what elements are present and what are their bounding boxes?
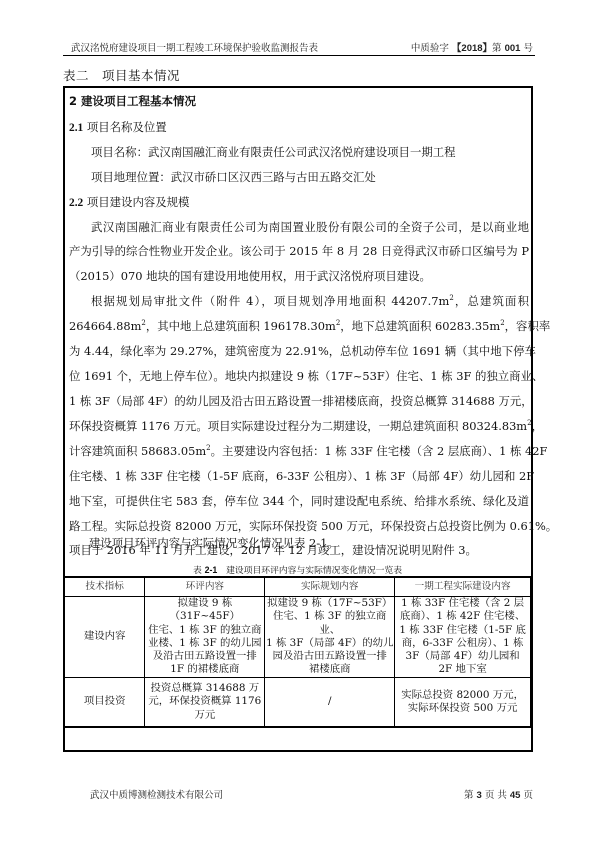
paragraph-line: 路工程。实际总投资 82000 万元，实际环保投资 500 万元，环保投资占总投…: [69, 519, 529, 533]
actual-cell: 实际总投资 82000 万元， 实际环保投资 500 万元: [395, 677, 531, 727]
paragraph-line: 1 栋 3F（局部 4F）的幼儿园及沿古田五路设置一排裙楼底商，投资总概算 31…: [69, 394, 529, 408]
section-title: 表二 项目基本情况: [63, 66, 180, 84]
comparison-table: 技术指标 环评内容 实际规划内容 一期工程实际建设内容 建设内容 拟建设 9 栋…: [65, 576, 531, 728]
paragraph-line: 264664.88m2，其中地上总建筑面积 196178.30m2，地下总建筑面…: [69, 319, 529, 333]
page-number: 第 3 页 共 45 页: [464, 787, 533, 801]
paragraph-line: （2015）070 地块的国有建设用地使用权，用于武汉洺悦府项目建设。: [69, 269, 431, 283]
planned-cell: 拟建设 9 栋（17F~53F） 住宅、1 栋 3F 的独立商业、 1 栋 3F…: [265, 597, 395, 678]
paragraph-line: 产为引导的综合性物业开发企业。该公司于 2015 年 8 月 28 日竞得武汉市…: [69, 244, 529, 258]
planned-cell: /: [265, 677, 395, 727]
heading-2-2: 2.2 项目建设内容及规模: [69, 195, 189, 210]
eia-cell: 拟建设 9 栋（31F~45F） 住宅、1 栋 3F 的独立商 业楼、1 栋 3…: [145, 597, 265, 678]
page-footer: 武汉中质博测检测技术有限公司 第 3 页 共 45 页: [90, 787, 533, 801]
paragraph-line: 计容建筑面积 58683.05m2。主要建设内容包括：1 栋 33F 住宅楼（含…: [69, 444, 529, 458]
project-name: 项目名称：武汉南国融汇商业有限责任公司武汉洺悦府建设项目一期工程: [91, 145, 456, 159]
column-header: 技术指标: [65, 577, 145, 597]
project-location: 项目地理位置：武汉市硚口区汉西三路与古田五路交汇处: [91, 170, 376, 184]
heading-basic-info: 2 建设项目工程基本情况: [69, 94, 196, 108]
paragraph-line: 住宅楼、1 栋 33F 住宅楼（1-5F 底商，6-33F 公租房）、1 栋 3…: [69, 469, 529, 483]
paragraph-line: 武汉南国融汇商业有限责任公司为南国置业股份有限公司的全资子公司，是以商业地: [91, 220, 529, 234]
paragraph-line: 地下室，可提供住宅 583 套，停车位 344 个，同时建设配电系统、给排水系统…: [69, 494, 529, 508]
table-row: 建设内容 拟建设 9 栋（31F~45F） 住宅、1 栋 3F 的独立商 业楼、…: [65, 597, 531, 678]
heading-2-1: 2.1 项目名称及位置: [69, 120, 167, 135]
table-reference-text: 建设项目环评内容与实际情况变化情况见表 2-1。: [89, 536, 339, 550]
paragraph-line: 位 1691 个，无地上停车位）。地块内拟建设 9 栋（17F~53F）住宅、1…: [69, 369, 529, 383]
report-title: 武汉洺悦府建设项目一期工程竣工环境保护验收监测报告表: [71, 40, 318, 54]
eia-cell: 投资总概算 314688 万 元，环保投资概算 1176 万元: [145, 677, 265, 727]
paragraph-line: 为 4.44，绿化率为 29.27%，建筑密度为 22.91%，总机动停车位 1…: [69, 344, 529, 358]
table-caption: 表 2-1 建设项目环评内容与实际情况变化情况一览表: [0, 563, 595, 576]
table-header-row: 技术指标 环评内容 实际规划内容 一期工程实际建设内容: [65, 577, 531, 597]
table-row: 项目投资 投资总概算 314688 万 元，环保投资概算 1176 万元 / 实…: [65, 677, 531, 727]
page-header: 武汉洺悦府建设项目一期工程竣工环境保护验收监测报告表 中质验字 【2018】第 …: [63, 38, 535, 56]
company-name: 武汉中质博测检测技术有限公司: [90, 790, 223, 801]
paragraph-line: 环保投资概算 1176 万元。项目实际建设过程分为二期建设，一期总建筑面积 80…: [69, 419, 529, 433]
column-header: 一期工程实际建设内容: [395, 577, 531, 597]
column-header: 实际规划内容: [265, 577, 395, 597]
document-number: 中质验字 【2018】第 001 号: [411, 40, 533, 54]
indicator-cell: 建设内容: [65, 597, 145, 678]
paragraph-line: 根据规划局审批文件（附件 4），项目规划净用地面积 44207.7m2，总建筑面…: [91, 294, 529, 308]
indicator-cell: 项目投资: [65, 677, 145, 727]
actual-cell: 1 栋 33F 住宅楼（含 2 层 底商）、1 栋 42F 住宅楼、 1 栋 3…: [395, 597, 531, 678]
column-header: 环评内容: [145, 577, 265, 597]
